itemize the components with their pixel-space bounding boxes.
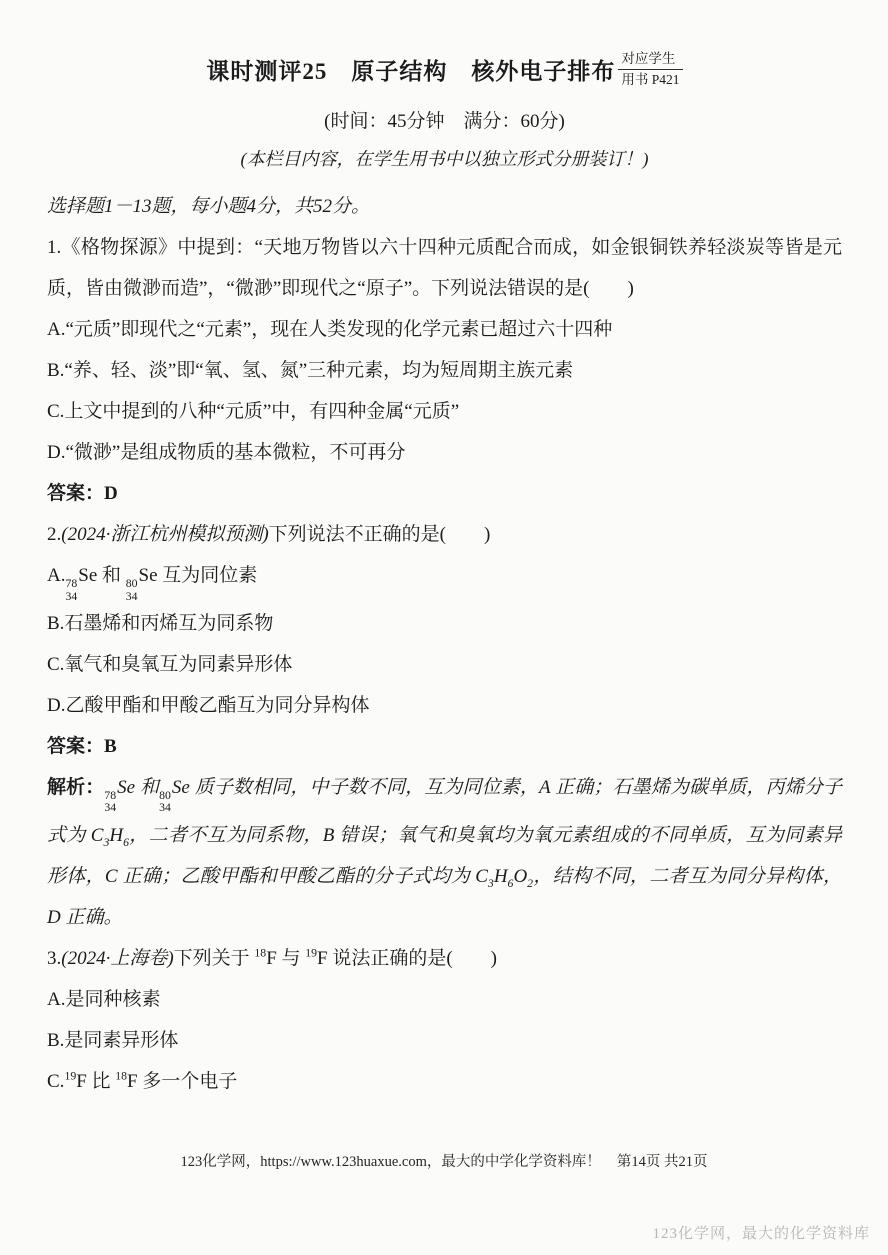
time-score-line: (时间：45分钟 满分：60分) bbox=[47, 106, 842, 133]
question-2: 2.(2024·浙江杭州模拟预测)下列说法不正确的是( ) A.7834Se 和… bbox=[47, 514, 842, 937]
question-2-answer-line: 答案：B bbox=[47, 726, 842, 767]
question-2-option-a: A.7834Se 和 8034Se 互为同位素 bbox=[47, 555, 842, 603]
answer-label: 答案： bbox=[47, 736, 104, 757]
question-2-analysis: 解析：7834Se 和8034Se 质子数相同，中子数不同，互为同位素，A 正确… bbox=[47, 767, 842, 938]
ref-top-text: 对应学生 bbox=[618, 50, 682, 70]
question-1-stem: 1.《格物探源》中提到：“天地万物皆以六十四种元质配合而成，如金银铜铁养轻淡炭等… bbox=[47, 227, 842, 309]
analysis-body: 7834Se 和8034Se 质子数相同，中子数不同，互为同位素，A 正确；石墨… bbox=[47, 777, 842, 928]
page-number: 第14页 共21页 bbox=[617, 1154, 708, 1170]
question-2-stem: 2.(2024·浙江杭州模拟预测)下列说法不正确的是( ) bbox=[47, 514, 842, 555]
answer-value: D bbox=[104, 483, 118, 504]
answer-value: B bbox=[104, 736, 117, 757]
answer-label: 答案： bbox=[47, 483, 104, 504]
question-1-option-c: C.上文中提到的八种“元质”中，有四种金属“元质” bbox=[47, 391, 842, 432]
question-3-option-b: B.是同素异形体 bbox=[47, 1020, 842, 1061]
question-3-option-a: A.是同种核素 bbox=[47, 979, 842, 1020]
page-title: 课时测评25 原子结构 核外电子排布 bbox=[206, 53, 615, 86]
analysis-label: 解析： bbox=[47, 777, 104, 798]
question-3: 3.(2024·上海卷)下列关于 18F 与 19F 说法正确的是( ) A.是… bbox=[47, 938, 842, 1102]
question-2-option-b: B.石墨烯和丙烯互为同系物 bbox=[47, 603, 842, 644]
question-2-option-d: D.乙酸甲酯和甲酸乙酯互为同分异构体 bbox=[47, 685, 842, 726]
binding-note-line: (本栏目内容，在学生用书中以独立形式分册装订！) bbox=[47, 145, 842, 171]
question-2-option-c: C.氧气和臭氧互为同素异形体 bbox=[47, 644, 842, 685]
section-intro: 选择题1－13题，每小题4分，共52分。 bbox=[47, 186, 842, 227]
question-1: 1.《格物探源》中提到：“天地万物皆以六十四种元质配合而成，如金银铜铁养轻淡炭等… bbox=[47, 227, 842, 514]
question-3-stem: 3.(2024·上海卷)下列关于 18F 与 19F 说法正确的是( ) bbox=[47, 938, 842, 979]
question-1-option-a: A.“元质”即现代之“元素”，现在人类发现的化学元素已超过六十四种 bbox=[47, 309, 842, 350]
question-3-option-c: C.19F 比 18F 多一个电子 bbox=[47, 1061, 842, 1102]
question-1-answer-line: 答案：D bbox=[47, 473, 842, 514]
student-book-ref: 对应学生 用书 P421 bbox=[618, 50, 682, 89]
ref-bottom-text: 用书 P421 bbox=[618, 70, 682, 89]
worksheet-page: 课时测评25 原子结构 核外电子排布 对应学生 用书 P421 (时间：45分钟… bbox=[0, 0, 888, 1102]
page-footer: 123化学网，https://www.123huaxue.com，最大的中学化学… bbox=[0, 1150, 888, 1171]
page-header: 课时测评25 原子结构 核外电子排布 对应学生 用书 P421 bbox=[47, 50, 842, 89]
question-1-option-b: B.“养、轻、淡”即“氧、氢、氮”三种元素，均为短周期主族元素 bbox=[47, 350, 842, 391]
site-info: 123化学网，https://www.123huaxue.com，最大的中学化学… bbox=[181, 1154, 601, 1170]
question-1-option-d: D.“微渺”是组成物质的基本微粒，不可再分 bbox=[47, 432, 842, 473]
watermark: 123化学网，最大的化学资料库 bbox=[652, 1222, 870, 1243]
